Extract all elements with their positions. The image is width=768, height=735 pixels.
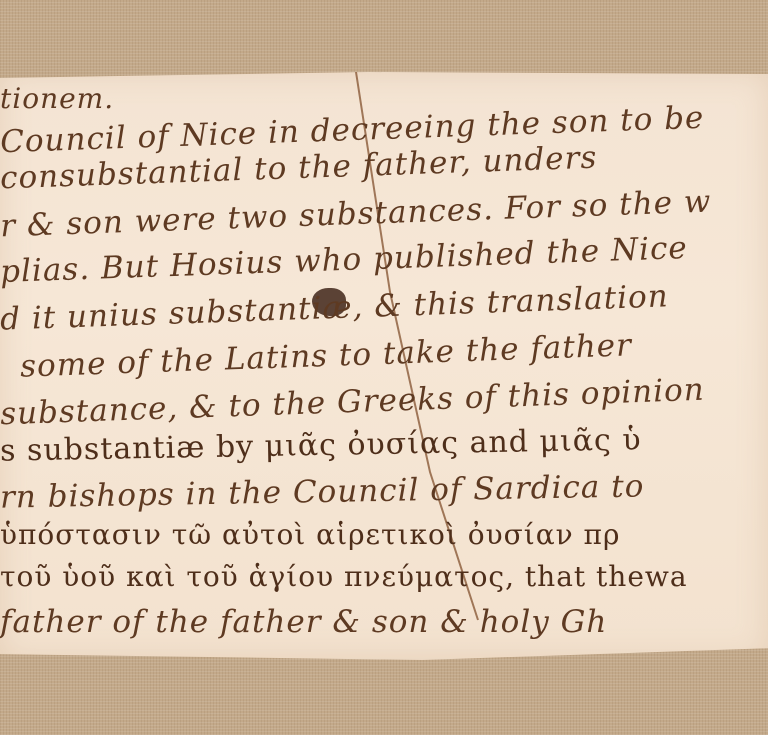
- manuscript-line-11: ὑπόστασιν τῶ αὐτοὶ αἱρετικοὶ ὀυσίαν πρ: [0, 518, 620, 551]
- manuscript-line-12: τοῦ ὑοῦ καὶ τοῦ ἁγίου πνεύματος, that th…: [0, 560, 688, 593]
- fabric-backing-bottom: [0, 656, 768, 735]
- fabric-backing-top: [0, 0, 768, 76]
- manuscript-line-1: tionem.: [0, 82, 114, 115]
- manuscript-line-13: father of the father & son & holy Gh: [0, 604, 607, 640]
